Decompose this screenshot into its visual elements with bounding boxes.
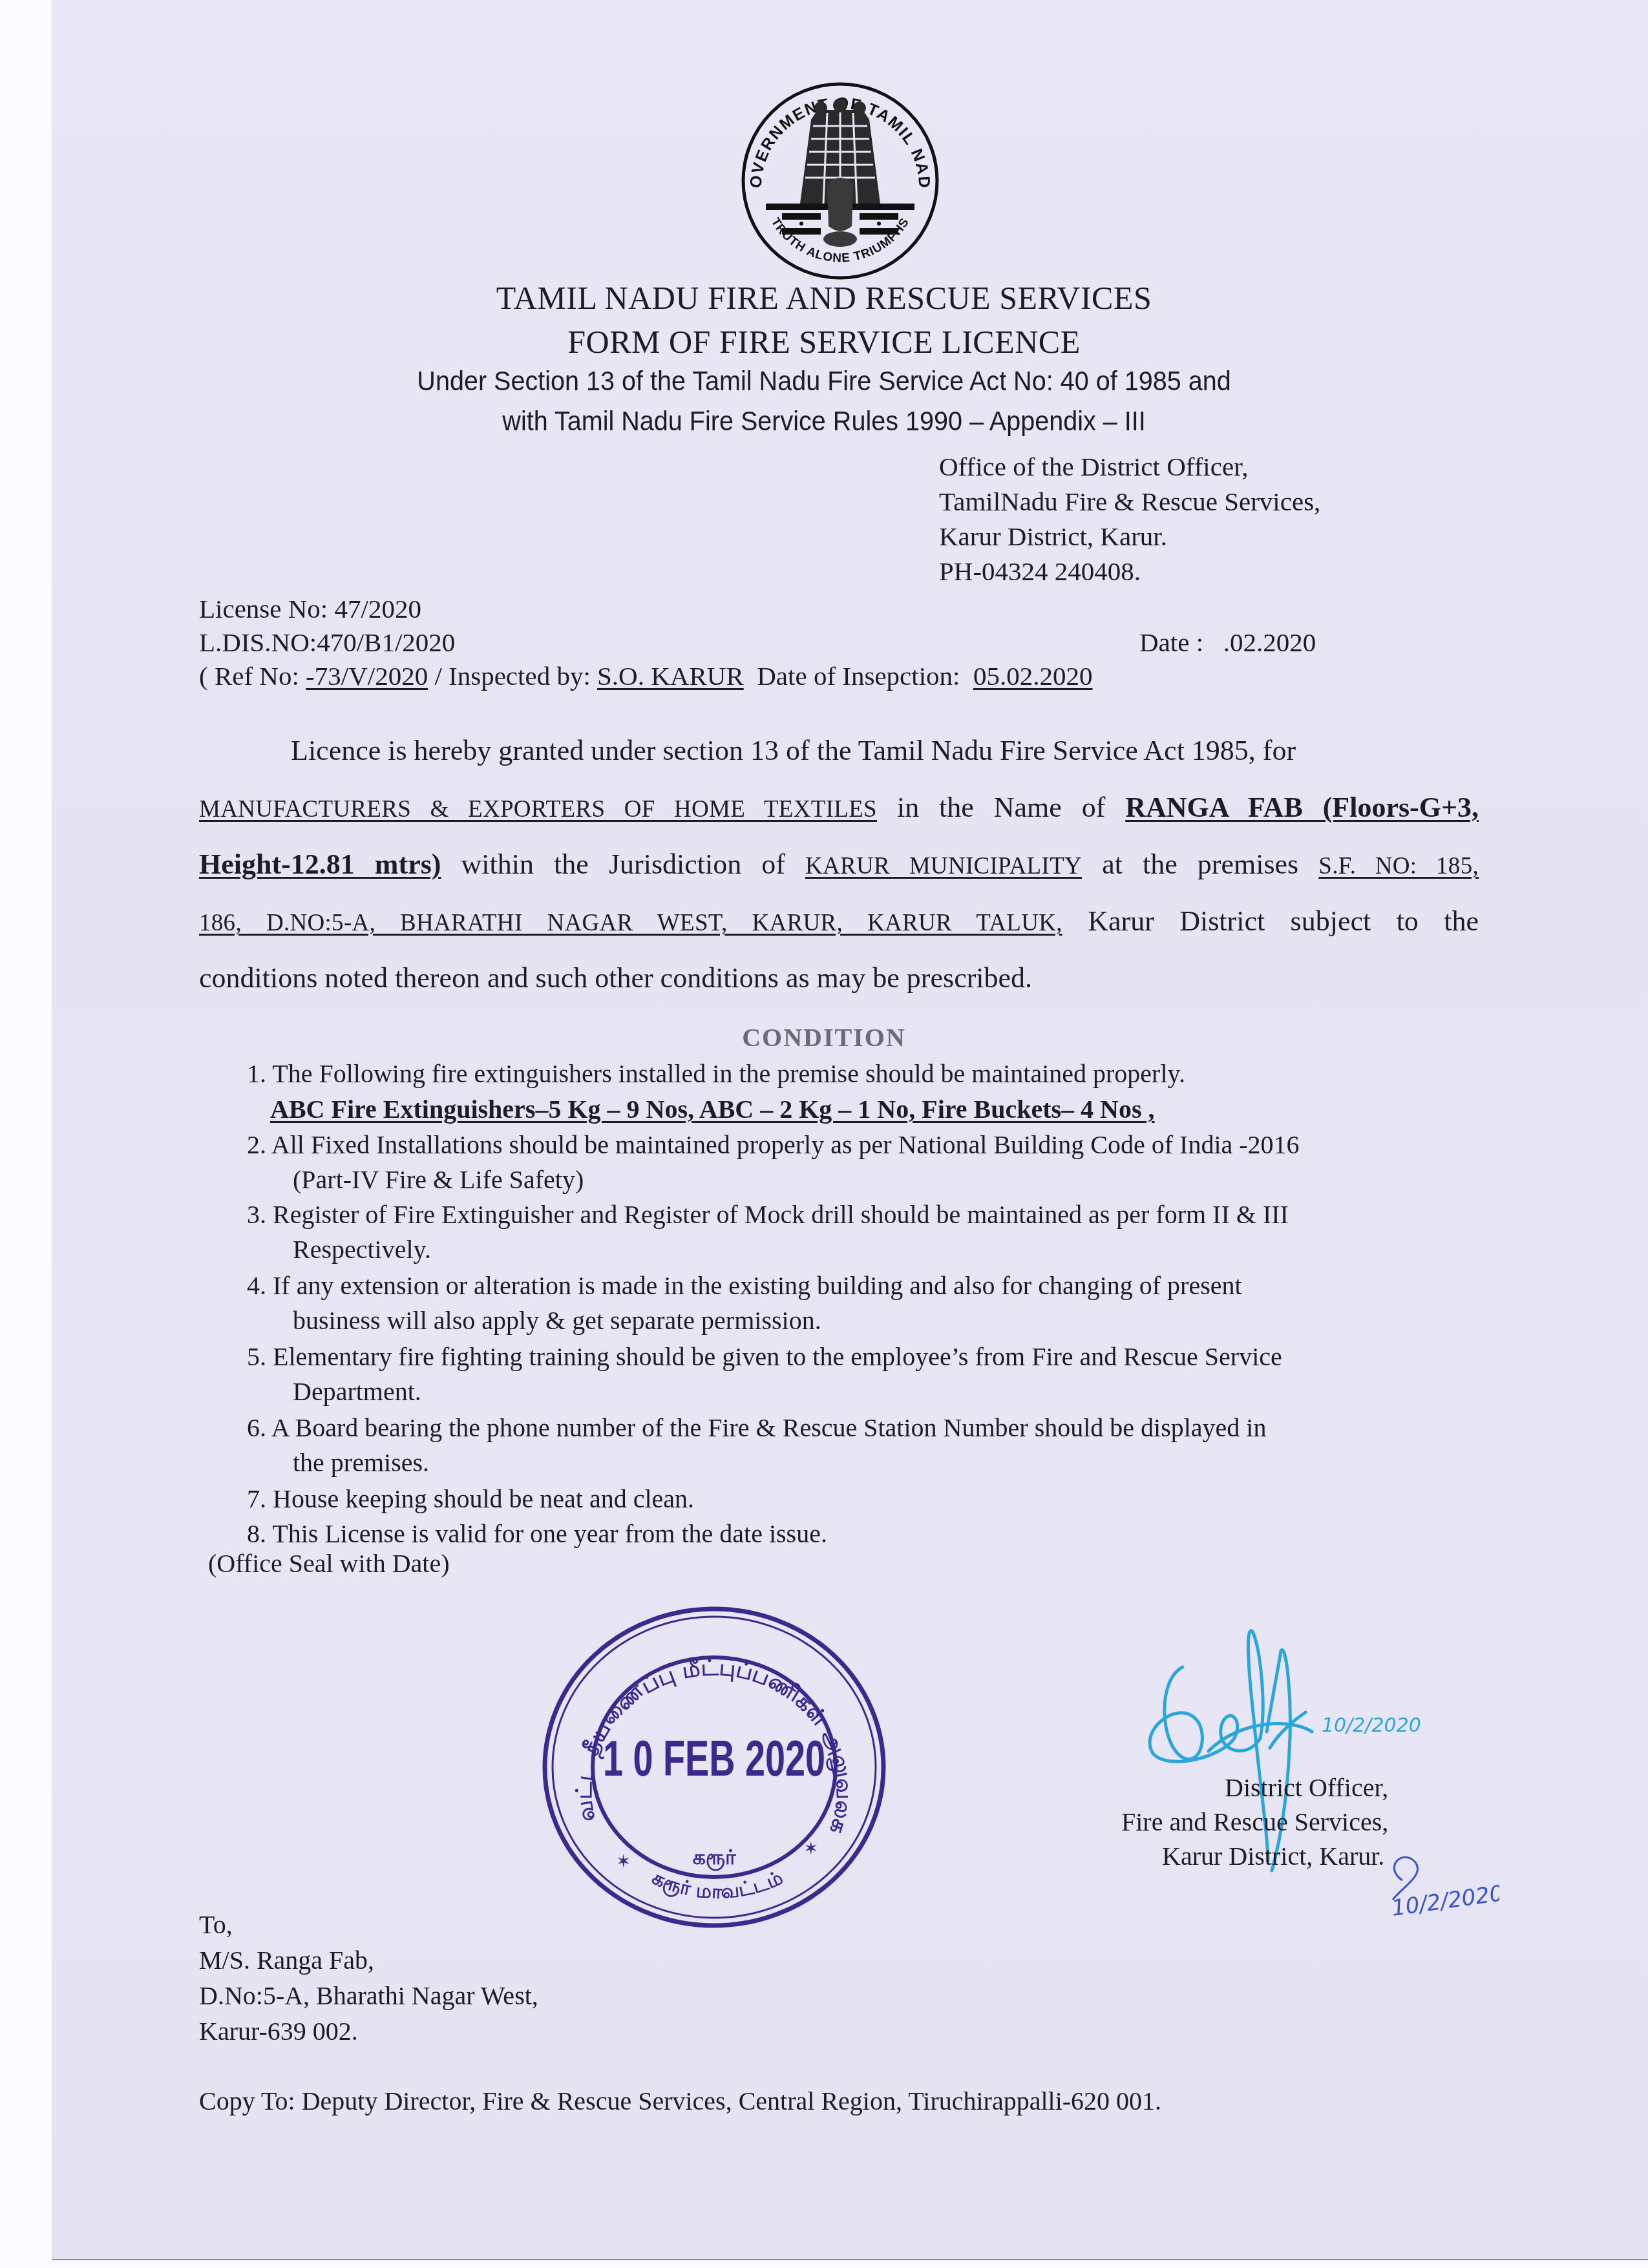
condition-number: 1. bbox=[247, 1059, 266, 1088]
condition-item: 2. All Fixed Installations should be mai… bbox=[247, 1129, 1300, 1160]
license-number-label: License No: bbox=[199, 594, 328, 624]
svg-text:கரூர் மாவட்டம்: கரூர் மாவட்டம் bbox=[648, 1866, 786, 1904]
premises-survey-number: S.F. NO: 185, bbox=[1318, 853, 1479, 879]
condition-number: 5. bbox=[247, 1342, 266, 1371]
licensee-height: Height-12.81 mtrs) bbox=[199, 848, 441, 880]
district-officer-signature: 10/2/2020 District Officer, Fire and Res… bbox=[1099, 1622, 1499, 1919]
inspection-date-label: Date of Insepction: bbox=[757, 661, 960, 691]
grant-line-3: Height-12.81 mtrs) within the Jurisdicti… bbox=[199, 848, 1479, 881]
svg-text:10/2/2020: 10/2/2020 bbox=[1322, 1714, 1421, 1737]
act-reference-line1: Under Section 13 of the Tamil Nadu Fire … bbox=[66, 366, 1582, 397]
svg-text:✶: ✶ bbox=[616, 1851, 631, 1872]
conditions-heading: CONDITION bbox=[0, 1022, 1648, 1053]
condition-continuation: Respectively. bbox=[293, 1234, 431, 1265]
license-date: Date : .02.2020 bbox=[1139, 627, 1316, 658]
ref-label: ( Ref No: bbox=[199, 661, 299, 691]
date-value: .02.2020 bbox=[1223, 627, 1316, 657]
condition-text: This License is valid for one year from … bbox=[272, 1519, 827, 1548]
svg-text:District Officer,: District Officer, bbox=[1225, 1773, 1388, 1802]
recipient-city: Karur-639 002. bbox=[199, 2016, 358, 2046]
office-address-line: TamilNadu Fire & Rescue Services, bbox=[939, 486, 1320, 517]
inspected-by-value: S.O. KARUR bbox=[597, 661, 744, 691]
jurisdiction: KARUR MUNICIPALITY bbox=[805, 853, 1082, 879]
ref-number: -73/V/2020 bbox=[306, 661, 428, 691]
grant-line-4: 186, D.NO:5-A, BHARATHI NAGAR WEST, KARU… bbox=[199, 905, 1479, 938]
date-label: Date : bbox=[1139, 627, 1203, 657]
extinguisher-list: ABC Fire Extinguishers–5 Kg – 9 Nos, ABC… bbox=[270, 1094, 1155, 1124]
svg-text:Fire and Rescue Services,: Fire and Rescue Services, bbox=[1121, 1807, 1388, 1836]
condition-text: A Board bearing the phone number of the … bbox=[271, 1413, 1267, 1442]
condition-item: 8. This License is valid for one year fr… bbox=[247, 1518, 827, 1549]
condition-text: If any extension or alteration is made i… bbox=[273, 1271, 1242, 1300]
form-title: FORM OF FIRE SERVICE LICENCE bbox=[0, 323, 1648, 361]
reference-line: ( Ref No: -73/V/2020 / Inspected by: S.O… bbox=[199, 660, 1092, 691]
name-of-text: in the Name of bbox=[897, 792, 1105, 823]
inspected-by-label: / Inspected by: bbox=[434, 661, 590, 691]
grant-intro: Licence is hereby granted under section … bbox=[291, 734, 1296, 767]
condition-number: 3. bbox=[247, 1200, 266, 1229]
condition-continuation: business will also apply & get separate … bbox=[293, 1305, 821, 1336]
office-address-line: Karur District, Karur. bbox=[939, 521, 1167, 552]
office-seal-stamp: மாவட்ட தீயணைப்பு மீட்புப்பணிகள் அலுவலகம்… bbox=[540, 1602, 889, 1932]
condition-text: All Fixed Installations should be mainta… bbox=[271, 1130, 1300, 1159]
license-number: License No: 47/2020 bbox=[199, 593, 421, 624]
condition-continuation: Department. bbox=[293, 1376, 421, 1407]
condition-text: House keeping should be neat and clean. bbox=[273, 1484, 694, 1513]
recipient-name: M/S. Ranga Fab, bbox=[199, 1945, 374, 1975]
condition-text: Elementary fire fighting training should… bbox=[273, 1342, 1282, 1371]
premises-text: at the premises bbox=[1102, 848, 1298, 880]
act-reference-line2: with Tamil Nadu Fire Service Rules 1990 … bbox=[66, 406, 1582, 437]
condition-continuation: (Part-IV Fire & Life Safety) bbox=[293, 1164, 584, 1195]
condition-item: 7. House keeping should be neat and clea… bbox=[247, 1484, 694, 1514]
business-type: MANUFACTURERS & EXPORTERS OF HOME TEXTIL… bbox=[199, 796, 877, 823]
recipient-address: D.No:5-A, Bharathi Nagar West, bbox=[199, 1980, 538, 2011]
condition-number: 4. bbox=[247, 1271, 266, 1300]
condition-text: The Following fire extinguishers install… bbox=[272, 1059, 1185, 1088]
condition-item: 6. A Board bearing the phone number of t… bbox=[247, 1412, 1266, 1443]
license-number-value: 47/2020 bbox=[334, 594, 421, 624]
jurisdiction-text: within the Jurisdiction of bbox=[461, 848, 785, 880]
licensee-name: RANGA FAB (Floors-G+3, bbox=[1125, 792, 1479, 823]
office-address-line: Office of the District Officer, bbox=[939, 451, 1248, 482]
tamil-nadu-emblem-icon: GOVERNMENT OF TAMIL NADU TRUTH ALONE TRI… bbox=[737, 74, 944, 288]
condition-number: 7. bbox=[247, 1484, 266, 1513]
svg-text:Karur District, Karur.: Karur District, Karur. bbox=[1162, 1842, 1384, 1871]
district-text: Karur District subject to the bbox=[1088, 905, 1479, 937]
office-phone: PH-04324 240408. bbox=[939, 556, 1141, 587]
condition-number: 6. bbox=[247, 1413, 266, 1442]
svg-text:1 0 FEB 2020: 1 0 FEB 2020 bbox=[603, 1731, 825, 1787]
svg-text:✶: ✶ bbox=[803, 1838, 818, 1859]
copy-to: Copy To: Deputy Director, Fire & Rescue … bbox=[199, 2086, 1161, 2116]
condition-item: 5. Elementary fire fighting training sho… bbox=[247, 1341, 1282, 1372]
condition-number: 2. bbox=[247, 1130, 266, 1159]
office-seal-label: (Office Seal with Date) bbox=[208, 1548, 450, 1579]
condition-item: 1. The Following fire extinguishers inst… bbox=[247, 1058, 1185, 1089]
premises-address: 186, D.NO:5-A, BHARATHI NAGAR WEST, KARU… bbox=[199, 910, 1062, 936]
condition-text: Register of Fire Extinguisher and Regist… bbox=[273, 1200, 1289, 1229]
condition-number: 8. bbox=[247, 1519, 266, 1548]
page-title: TAMIL NADU FIRE AND RESCUE SERVICES bbox=[0, 279, 1648, 317]
ldis-number: L.DIS.NO:470/B1/2020 bbox=[199, 627, 455, 658]
condition-continuation: the premises. bbox=[293, 1447, 429, 1478]
condition-item: 4. If any extension or alteration is mad… bbox=[247, 1270, 1242, 1301]
condition-item: 3. Register of Fire Extinguisher and Reg… bbox=[247, 1199, 1289, 1230]
grant-closing: conditions noted thereon and such other … bbox=[199, 961, 1032, 994]
grant-line-2: MANUFACTURERS & EXPORTERS OF HOME TEXTIL… bbox=[199, 791, 1479, 824]
recipient-to: To, bbox=[199, 1909, 233, 1940]
svg-text:கரூர்: கரூர் bbox=[692, 1845, 736, 1871]
inspection-date-value: 05.02.2020 bbox=[973, 661, 1093, 691]
extinguisher-details: ABC Fire Extinguishers–5 Kg – 9 Nos, ABC… bbox=[270, 1095, 1155, 1124]
